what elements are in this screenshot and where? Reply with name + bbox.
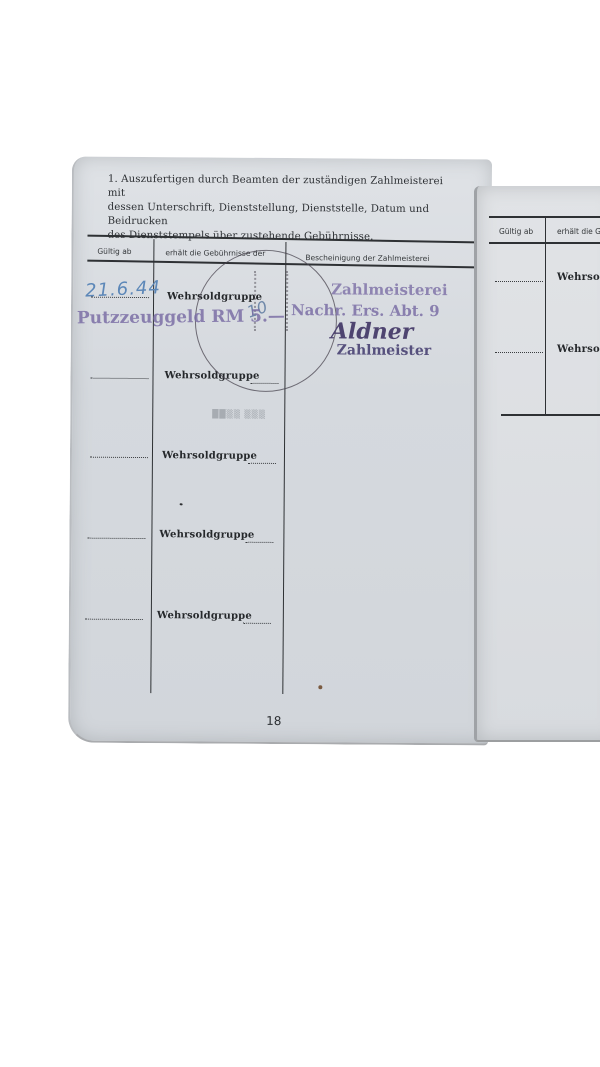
row-5-label: Wehrsoldgruppe	[157, 610, 252, 622]
handwritten-signature: Aldner	[331, 318, 414, 345]
row-3-group-line	[248, 463, 276, 464]
page-number: 18	[266, 714, 281, 728]
foxing-spot	[318, 685, 322, 689]
putzzeuggeld-stamp: Putzzeuggeld RM 5.—	[77, 306, 285, 328]
row-4-group-line	[245, 542, 273, 543]
row-5-date-line	[85, 619, 143, 620]
row-4-label: Wehrsoldgruppe	[159, 529, 254, 541]
right-table-bottom-rule	[501, 414, 600, 416]
right-row-2-date-line	[495, 352, 543, 353]
ink-fleck	[180, 503, 183, 505]
column-header-certification: Bescheinigung der Zahlmeisterei	[305, 253, 429, 263]
right-page: Gültig ab erhält die Ge Wehrsoldg Wehrso…	[474, 186, 600, 742]
row-3-label: Wehrsoldgruppe	[162, 450, 257, 462]
right-column-divider	[545, 217, 546, 415]
handwritten-date: 21.6.44	[85, 277, 162, 301]
row-5-group-line	[243, 623, 271, 624]
row-3-date-line	[90, 457, 148, 458]
column-header-valid-from: Gültig ab	[97, 247, 131, 256]
row-4-date-line	[87, 538, 145, 539]
right-column-header-receives: erhält die Ge	[557, 227, 600, 236]
left-page: 1. Auszufertigen durch Beamten der zustä…	[68, 157, 492, 746]
offset-print-residue: ██▒▒ ▒▒▒	[212, 410, 266, 419]
instruction-marker: 1.	[108, 174, 118, 185]
right-column-header-valid-from: Gültig ab	[499, 227, 533, 236]
stamp-office-line-1: Zahlmeisterei	[331, 280, 448, 299]
instruction-text: 1. Auszufertigen durch Beamten der zustä…	[107, 173, 459, 245]
right-row-2-label: Wehrsold	[557, 344, 600, 355]
right-row-1-date-line	[495, 281, 543, 282]
instruction-line-2: dessen Unterschrift, Dienststellung, Die…	[108, 202, 430, 227]
instruction-line-1: Auszufertigen durch Beamten der zuständi…	[108, 174, 443, 199]
row-2-date-line	[91, 378, 149, 379]
right-row-1-label: Wehrsoldg	[557, 272, 600, 283]
stamp-office-line-2: Nachr. Ers. Abt. 9	[291, 301, 440, 320]
stamp-title: Zahlmeister	[337, 342, 432, 359]
